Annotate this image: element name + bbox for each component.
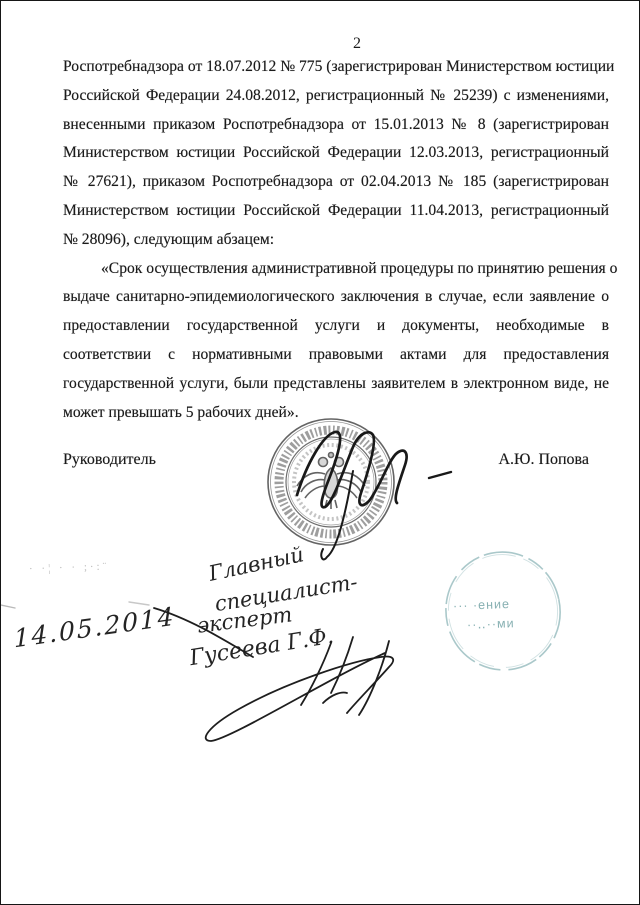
signature-flourish [1,602,393,741]
faded-oval-stamp-icon [435,541,571,680]
signature-popova [297,432,451,560]
stamps-and-signatures-layer [1,1,640,905]
document-page: 2 Роспотребнадзора от 18.07.2012 № 775 (… [0,0,640,905]
